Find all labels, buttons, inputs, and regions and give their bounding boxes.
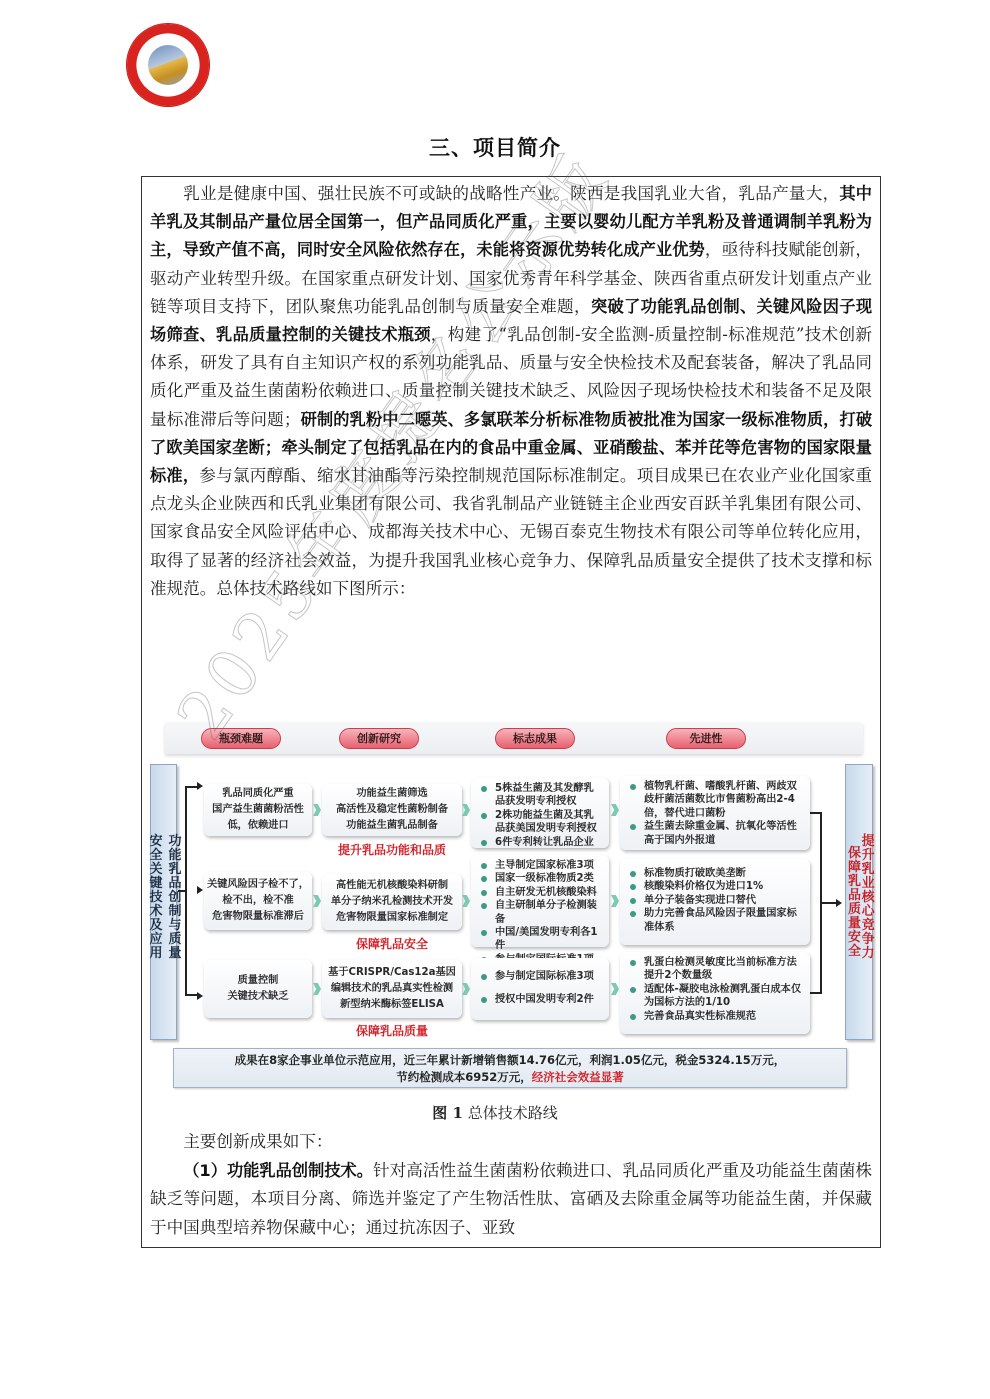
- office-seal-logo: [127, 24, 209, 106]
- outcome-top: 提升乳业核心竞争力: [859, 834, 874, 960]
- chevron-right-icon: [462, 804, 470, 816]
- arrow-row3-icon: [197, 992, 203, 1000]
- row2-problem-line: 危害物限量标准滞后: [212, 909, 304, 925]
- outcome-sidebar: 提升乳业核心竞争力保障乳品质量安全: [845, 764, 873, 1040]
- row1-research-line: 高活性及稳定性菌粉制备: [336, 802, 448, 818]
- arrow-outcome-icon: [836, 899, 842, 907]
- row3-research-line: 编辑技术的乳品真实性检测: [331, 981, 453, 997]
- chevron-right-icon: [611, 895, 619, 907]
- pill-research: 创新研究: [339, 728, 419, 749]
- row1-advancement-box: 植物乳杆菌、嗜酸乳杆菌、两歧双歧杆菌活菌数比市售菌粉高出2-4倍，替代进口菌粉 …: [620, 776, 810, 850]
- advancement-item: 益生菌去除重金属、抗氧化等活性高于国内外报道: [628, 820, 804, 847]
- advancement-item: 标准物质打破欧美垄断: [628, 867, 804, 880]
- chevron-right-icon: [313, 895, 321, 907]
- left-bracket: [185, 786, 197, 996]
- technical-route-diagram: 瓶颈难题 创新研究 标志成果 先进性 功能乳品创制与质量安全关键技术及应用 乳品…: [148, 722, 876, 1094]
- row2-achievements-box: 主导制定国家标准3项 国家一级标准物质2类 自主研发无机核酸染料 自主研制单分子…: [471, 855, 609, 947]
- row1-research-line: 功能益生菌乳品制备: [346, 818, 438, 834]
- right-bracket-stem: [822, 902, 836, 904]
- benefits-summary-box: 成果在8家企事业单位示范应用，近三年累计新增销售额14.76亿元，利润1.05亿…: [173, 1048, 847, 1088]
- row2-problem-line: 检不出，检不准: [222, 893, 293, 909]
- row3-problem-line: 关键技术缺乏: [227, 989, 288, 1005]
- pill-bottleneck: 瓶颈难题: [201, 728, 281, 749]
- advancement-item: 助力完善食品风险因子限量国家标准体系: [628, 907, 804, 934]
- figure-caption: 图 1 总体技术路线: [0, 1102, 990, 1123]
- chevron-right-icon: [611, 804, 619, 816]
- row3-research-line: 新型纳米酶标签ELISA: [340, 997, 444, 1013]
- figure-label: 图 1: [432, 1104, 463, 1122]
- advancement-item: 植物乳杆菌、嗜酸乳杆菌、两歧双歧杆菌活菌数比市售菌粉高出2-4倍，替代进口菌粉: [628, 780, 804, 820]
- row3-achievements-box: 参与制定国际标准3项 授权中国发明专利2件: [471, 958, 609, 1020]
- innovation-item-1-title: （1）功能乳品创制技术。: [183, 1161, 373, 1180]
- advancement-item: 核酸染料价格仅为进口1%: [628, 880, 804, 893]
- chevron-right-icon: [313, 804, 321, 816]
- advancement-item: 单分子装备实现进口替代: [628, 894, 804, 907]
- chevron-right-icon: [611, 983, 619, 995]
- row1-research-box: 功能益生菌筛选 高活性及稳定性菌粉制备 功能益生菌乳品制备: [322, 784, 462, 836]
- achievement-item: 2株功能益生菌及其乳品获美国发明专利授权: [479, 809, 603, 836]
- row1-research-line: 功能益生菌筛选: [356, 786, 427, 802]
- project-title-text: 功能乳品创制与质量安全关键技术及应用: [145, 834, 183, 971]
- row3-advancement-box: 乳蛋白检测灵敏度比当前标准方法提升2个数量级 适配体-凝胶电泳检测乳蛋白成本仅为…: [620, 952, 810, 1034]
- intro-seg-0: 乳业是健康中国、强壮民族不可或缺的战略性产业。陕西是我国乳业大省，乳品产量大，: [183, 184, 839, 203]
- achievement-item: 6件专利转让乳品企业: [479, 836, 603, 849]
- intro-paragraph: 乳业是健康中国、强壮民族不可或缺的战略性产业。陕西是我国乳业大省，乳品产量大，其…: [150, 180, 872, 603]
- row3-goal: 保障乳品质量: [322, 1022, 462, 1039]
- innovations-section: 主要创新成果如下： （1）功能乳品创制技术。针对高活性益生菌菌粉依赖进口、乳品同…: [150, 1128, 872, 1242]
- row1-problem-line: 国产益生菌菌粉活性: [212, 802, 304, 818]
- seal-emblem-image: [148, 45, 188, 85]
- pill-advancement: 先进性: [666, 728, 746, 749]
- achievement-item: 自主研制单分子检测装备: [479, 899, 603, 926]
- intro-seg-6: 参与氯丙醇酯、缩水甘油酯等污染控制规范国际标准制定。项目成果已在农业产业化国家重…: [150, 466, 872, 598]
- summary-plain: 节约检测成本6952万元，: [396, 1070, 532, 1084]
- row3-problem-box: 质量控制 关键技术缺乏: [204, 960, 312, 1018]
- row3-problem-line: 质量控制: [238, 973, 279, 989]
- outcome-text: 提升乳业核心竞争力保障乳品质量安全: [845, 834, 872, 971]
- left-bracket-stem: [178, 890, 186, 892]
- row1-problem-line: 低，依赖进口: [227, 818, 288, 834]
- innovation-item-1: （1）功能乳品创制技术。针对高活性益生菌菌粉依赖进口、乳品同质化严重及功能益生菌…: [150, 1157, 872, 1243]
- pill-achievements: 标志成果: [495, 728, 575, 749]
- summary-line-1: 成果在8家企事业单位示范应用，近三年累计新增销售额14.76亿元，利润1.05亿…: [174, 1052, 846, 1069]
- arrow-row1-icon: [197, 782, 203, 790]
- achievement-item: 授权中国发明专利2件: [479, 993, 603, 1006]
- row1-goal: 提升乳品功能和品质: [322, 841, 462, 858]
- achievement-item: 参与制定国际标准3项: [479, 970, 603, 983]
- summary-highlight: 经济社会效益显著: [532, 1070, 624, 1084]
- figure-title: 总体技术路线: [463, 1104, 558, 1122]
- row2-problem-line: 关键风险因子检不了，: [207, 877, 309, 893]
- advancement-item: 适配体-凝胶电泳检测乳蛋白成本仅为国标方法的1/10: [628, 983, 804, 1010]
- arrow-row2-icon: [197, 886, 203, 894]
- row2-research-line: 高性能无机核酸染料研制: [336, 878, 448, 894]
- chevron-right-icon: [313, 983, 321, 995]
- project-title-sidebar: 功能乳品创制与质量安全关键技术及应用: [150, 764, 177, 1040]
- achievement-item: 5株益生菌及其发酵乳品获发明专利授权: [479, 782, 603, 809]
- row2-research-box: 高性能无机核酸染料研制 单分子纳米孔检测技术开发 危害物限量国家标准制定: [322, 874, 462, 930]
- chevron-right-icon: [462, 983, 470, 995]
- advancement-item: 完善食品真实性标准规范: [628, 1010, 804, 1023]
- summary-line-2: 节约检测成本6952万元，经济社会效益显著: [174, 1069, 846, 1086]
- right-bracket: [810, 812, 822, 994]
- row2-research-line: 危害物限量国家标准制定: [336, 910, 448, 926]
- achievement-item: 国家一级标准物质2类: [479, 872, 603, 885]
- row1-problem-box: 乳品同质化严重 国产益生菌菌粉活性 低，依赖进口: [204, 784, 312, 836]
- row2-problem-box: 关键风险因子检不了， 检不出，检不准 危害物限量标准滞后: [204, 872, 312, 930]
- row2-goal: 保障乳品安全: [322, 935, 462, 952]
- outcome-bottom: 保障乳品质量安全: [845, 846, 860, 958]
- achievement-item: 自主研发无机核酸染料: [479, 886, 603, 899]
- achievement-item: 中国/美国发明专利各1件: [479, 926, 603, 953]
- row2-research-line: 单分子纳米孔检测技术开发: [331, 894, 453, 910]
- row3-research-line: 基于CRISPR/Cas12a基因: [328, 965, 456, 981]
- section-title: 三、项目简介: [0, 132, 990, 162]
- row2-advancement-box: 标准物质打破欧美垄断 核酸染料价格仅为进口1% 单分子装备实现进口替代 助力完善…: [620, 859, 810, 945]
- row1-problem-line: 乳品同质化严重: [222, 786, 293, 802]
- advancement-item: 乳蛋白检测灵敏度比当前标准方法提升2个数量级: [628, 956, 804, 983]
- achievement-item: 主导制定国家标准3项: [479, 859, 603, 872]
- row1-achievements-box: 5株益生菌及其发酵乳品获发明专利授权 2株功能益生菌及其乳品获美国发明专利授权 …: [471, 778, 609, 848]
- chevron-right-icon: [462, 895, 470, 907]
- row3-research-box: 基于CRISPR/Cas12a基因 编辑技术的乳品真实性检测 新型纳米酶标签EL…: [322, 960, 462, 1018]
- innovations-intro: 主要创新成果如下：: [150, 1128, 872, 1157]
